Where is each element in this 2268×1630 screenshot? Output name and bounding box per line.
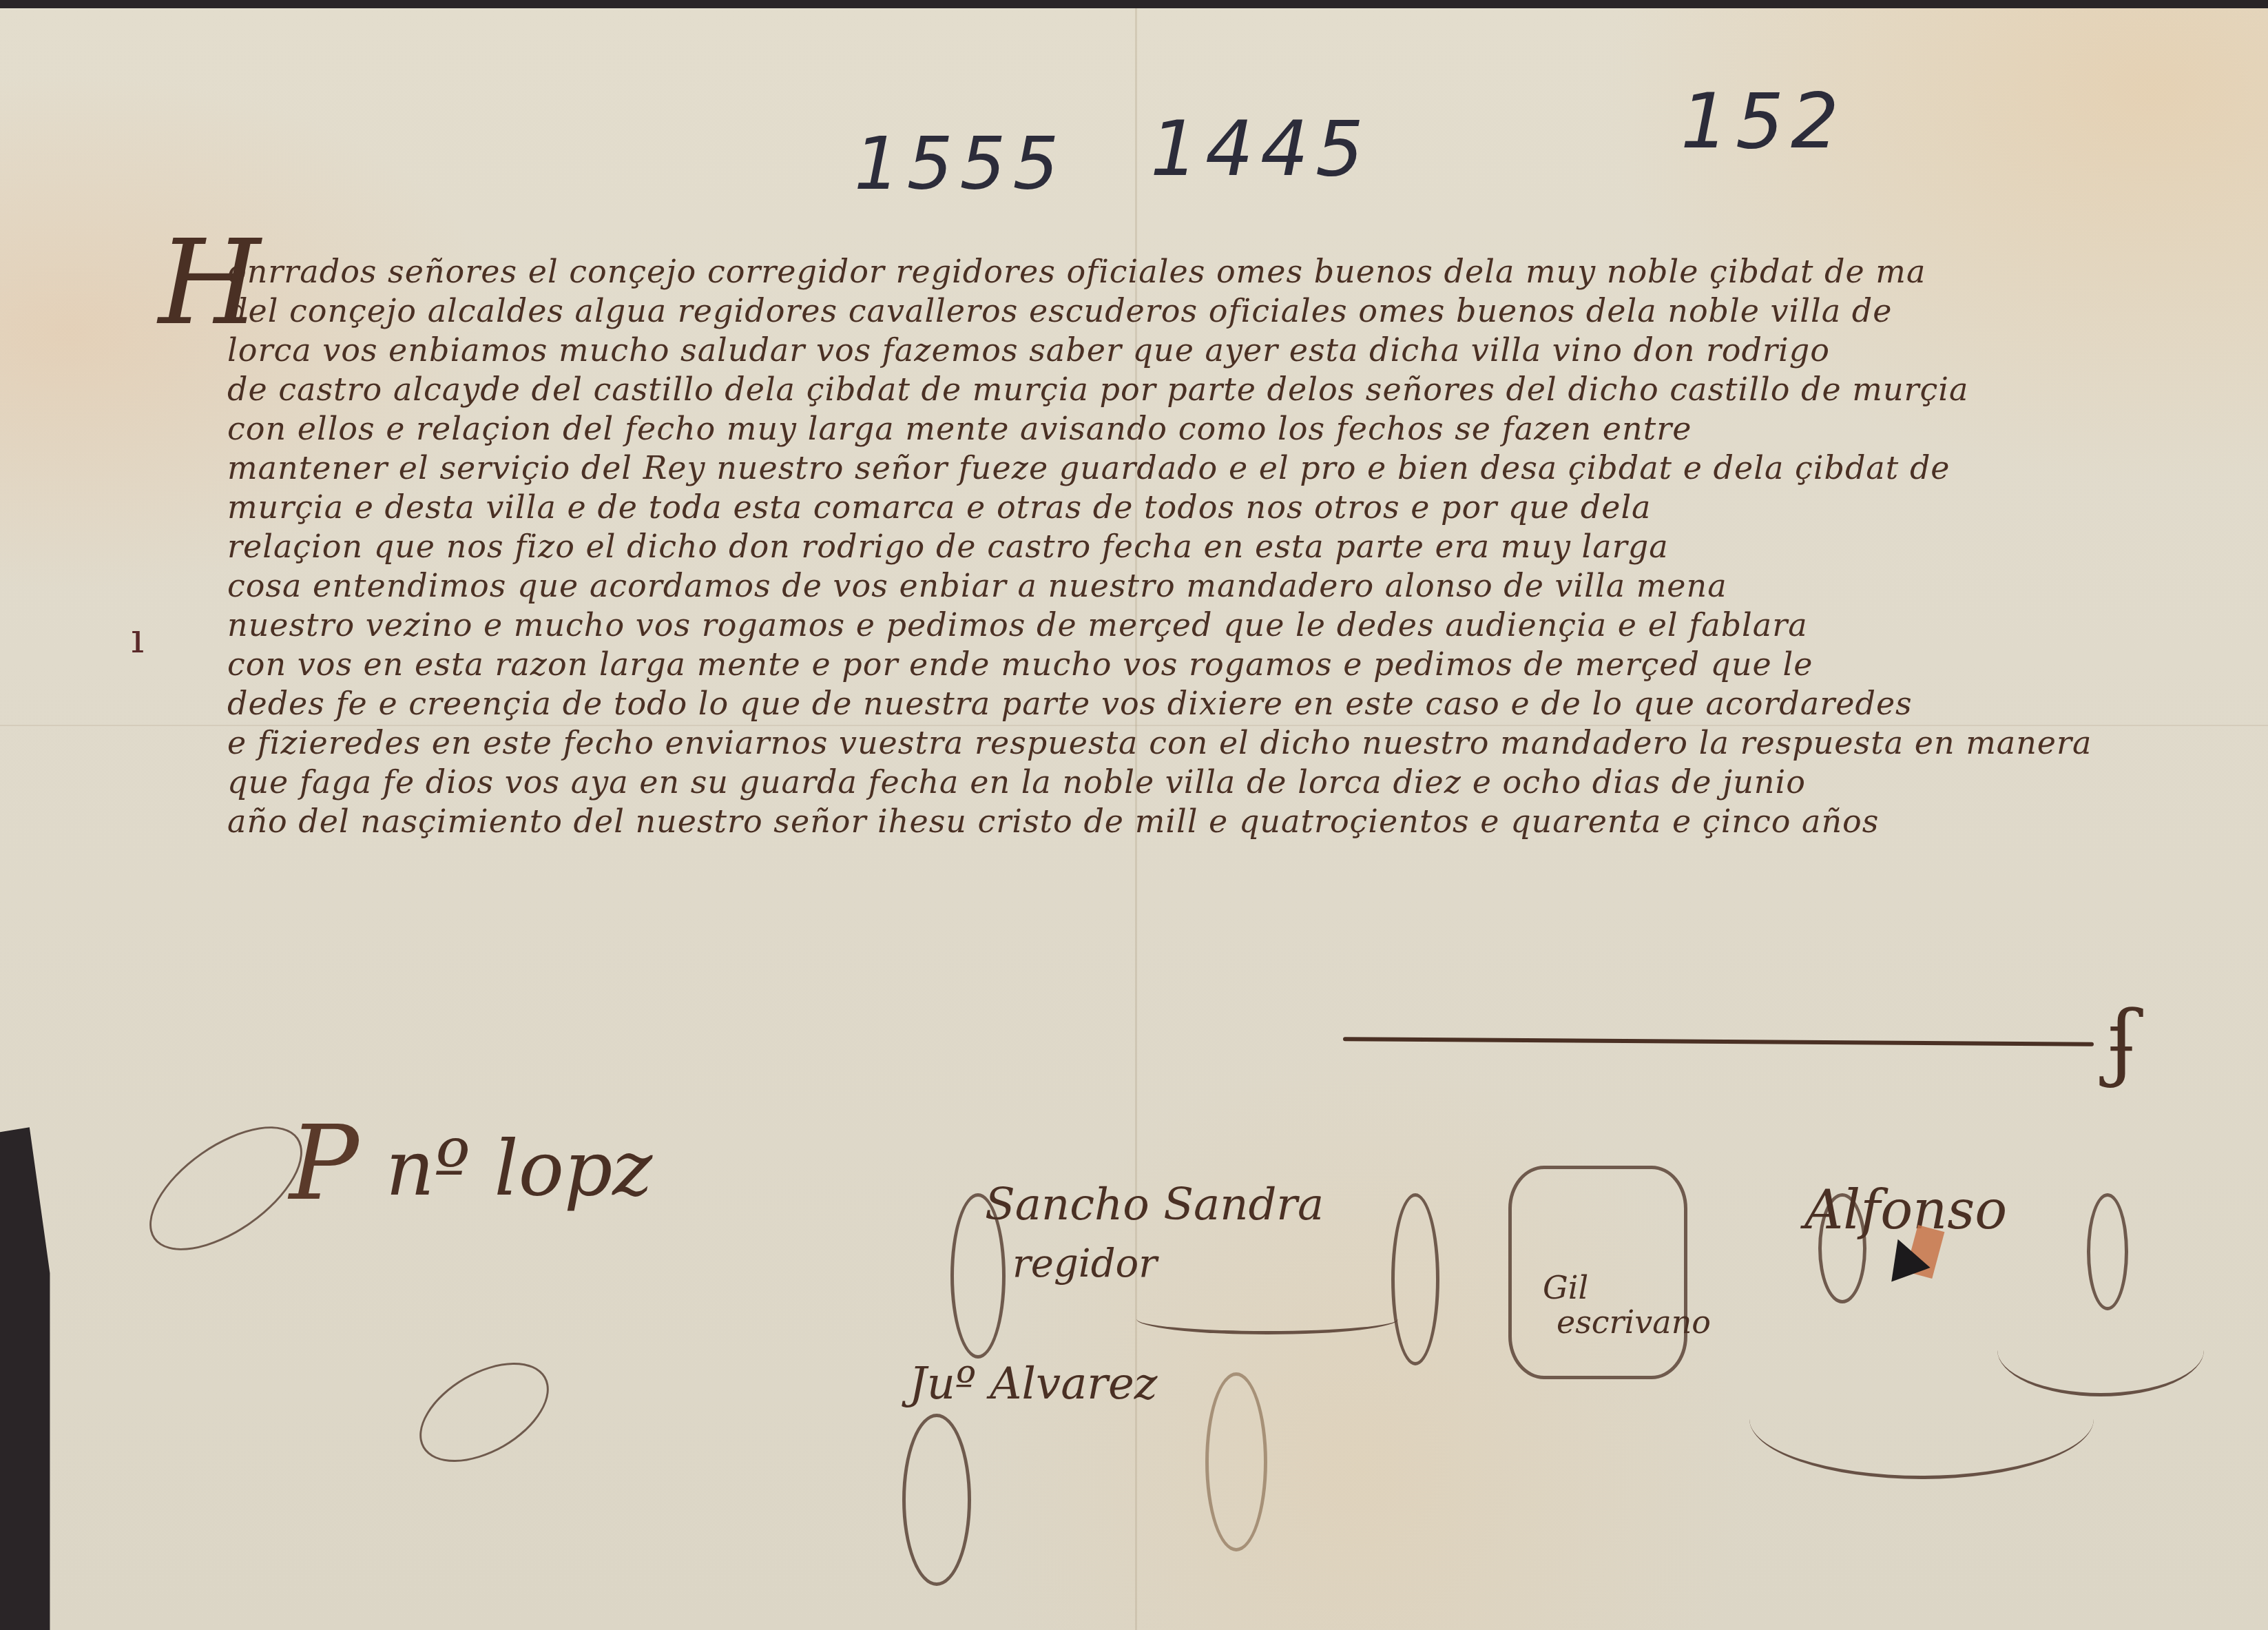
closing-flourish-icon: ʄ [2108,993,2138,1089]
text-line: relaçion que nos fizo el dicho don rodri… [227,528,2156,567]
signature-initial: P [289,1104,359,1224]
rubric-loop [1391,1193,1439,1365]
text-line: dedes fe e creençia de todo lo que de nu… [227,685,2156,724]
text-line: lorca vos enbiamos mucho saludar vos faz… [227,331,2156,371]
rubric-loop [1205,1372,1267,1551]
archival-folio: 152 [1681,77,1846,165]
text-line: cosa entendimos que acordamos de vos enb… [227,567,2156,606]
signature-sancho-sandra: Sancho Sandra [985,1179,1324,1230]
archival-number: 1555 [854,122,1065,206]
text-line: con vos en esta razon larga mente e por … [227,646,2156,685]
text-line: con ellos e relaçion del fecho muy larga… [227,410,2156,449]
manuscript-paper: 1555 1445 152 H ı onrrados señores el co… [0,8,2268,1630]
text-line: año del nasçimiento del nuestro señor ih… [227,803,2156,842]
signature-pedro-lopez: nº lopz [386,1124,652,1213]
text-line: e fizieredes en este fecho enviarnos vue… [227,724,2156,763]
text-line: nuestro vezino e mucho vos rogamos e ped… [227,606,2156,646]
rubric-stroke [1997,1303,2204,1396]
rubric-loop [902,1414,971,1586]
text-line: que faga fe dios vos aya en su guarda fe… [227,763,2156,803]
rubric-knot [1508,1166,1687,1379]
rubric-loop [2087,1193,2128,1310]
text-line: murçia e desta villa e de toda esta coma… [227,488,2156,528]
signature-alonso: Alfonso [1804,1179,2007,1241]
text-line: mantener el serviçio del Rey nuestro señ… [227,449,2156,488]
archival-year: 1445 [1150,105,1371,193]
closing-line-rule [1343,1037,2094,1046]
text-line: de castro alcayde del castillo dela çibd… [227,371,2156,410]
rubric-stroke [1136,1303,1398,1334]
rubric-loop [403,1342,565,1482]
signature-title-regidor: regidor [1012,1241,1157,1286]
signature-title-escrivano: escrivano [1557,1303,1711,1341]
margin-mark: ı [131,615,144,663]
text-line: del conçejo alcaldes algua regidores cav… [227,292,2156,331]
letter-body: onrrados señores el conçejo corregidor r… [227,253,2156,842]
text-line: onrrados señores el conçejo corregidor r… [227,253,2156,292]
signature-gil: Gil [1543,1269,1588,1306]
signature-juan-alvarez: Juº Alvarez [909,1359,1158,1410]
